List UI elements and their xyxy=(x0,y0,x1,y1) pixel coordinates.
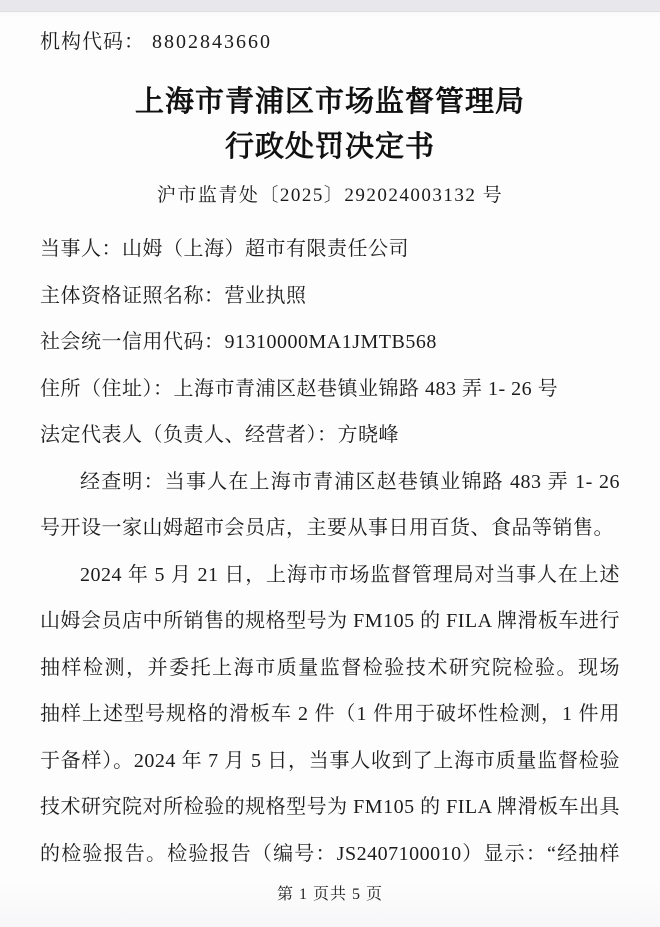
text-line: 技术研究院对所检验的规格型号为 FM105 的 FILA 牌滑板车出具 xyxy=(40,784,620,831)
text-line: 经查明：当事人在上海市青浦区赵巷镇业锦路 483 弄 1- 26 xyxy=(40,459,620,506)
document-content: 机构代码：8802843660 上海市青浦区市场监督管理局 行政处罚决定书 沪市… xyxy=(0,0,660,927)
org-code-line: 机构代码：8802843660 xyxy=(40,30,620,54)
text-line: 于备样）。2024 年 7 月 5 日，当事人收到了上海市质量监督检验 xyxy=(40,738,620,785)
text-line: 社会统一信用代码：91310000MA1JMTB568 xyxy=(40,319,620,366)
document-title: 上海市青浦区市场监督管理局 行政处罚决定书 xyxy=(40,80,620,170)
document-type: 行政处罚决定书 xyxy=(40,125,620,170)
text-line: 的检验报告。检验报告（编号：JS2407100010）显示：“经抽样 xyxy=(40,831,620,878)
text-line: 2024 年 5 月 21 日，上海市市场监督管理局对当事人在上述 xyxy=(40,552,620,599)
text-line: 当事人：山姆（上海）超市有限责任公司 xyxy=(40,226,620,273)
org-code-label: 机构代码： xyxy=(40,31,145,53)
text-line: 抽样检测，并委托上海市质量监督检验技术研究院检验。现场 xyxy=(40,645,620,692)
text-line: 抽样上述型号规格的滑板车 2 件（1 件用于破坏性检测，1 件用 xyxy=(40,691,620,738)
issuing-authority: 上海市青浦区市场监督管理局 xyxy=(40,80,620,125)
org-code-value: 8802843660 xyxy=(152,31,272,53)
page-number: 第 1 页共 5 页 xyxy=(277,886,383,903)
penalty-decision-document: 机构代码：8802843660 上海市青浦区市场监督管理局 行政处罚决定书 沪市… xyxy=(0,0,660,927)
page-footer: 第 1 页共 5 页 xyxy=(40,881,620,904)
text-line: 主体资格证照名称：营业执照 xyxy=(40,273,620,320)
text-line: 山姆会员店中所销售的规格型号为 FM105 的 FILA 牌滑板车进行 xyxy=(40,598,620,645)
text-line: 法定代表人（负责人、经营者）：方晓峰 xyxy=(40,412,620,459)
text-line: 住所（住址）：上海市青浦区赵巷镇业锦路 483 弄 1- 26 号 xyxy=(40,366,620,413)
document-body: 当事人：山姆（上海）超市有限责任公司主体资格证照名称：营业执照社会统一信用代码：… xyxy=(40,226,620,877)
document-number: 沪市监青处〔2025〕292024003132 号 xyxy=(40,184,620,208)
text-line: 号开设一家山姆超市会员店，主要从事日用百货、食品等销售。 xyxy=(40,505,620,552)
